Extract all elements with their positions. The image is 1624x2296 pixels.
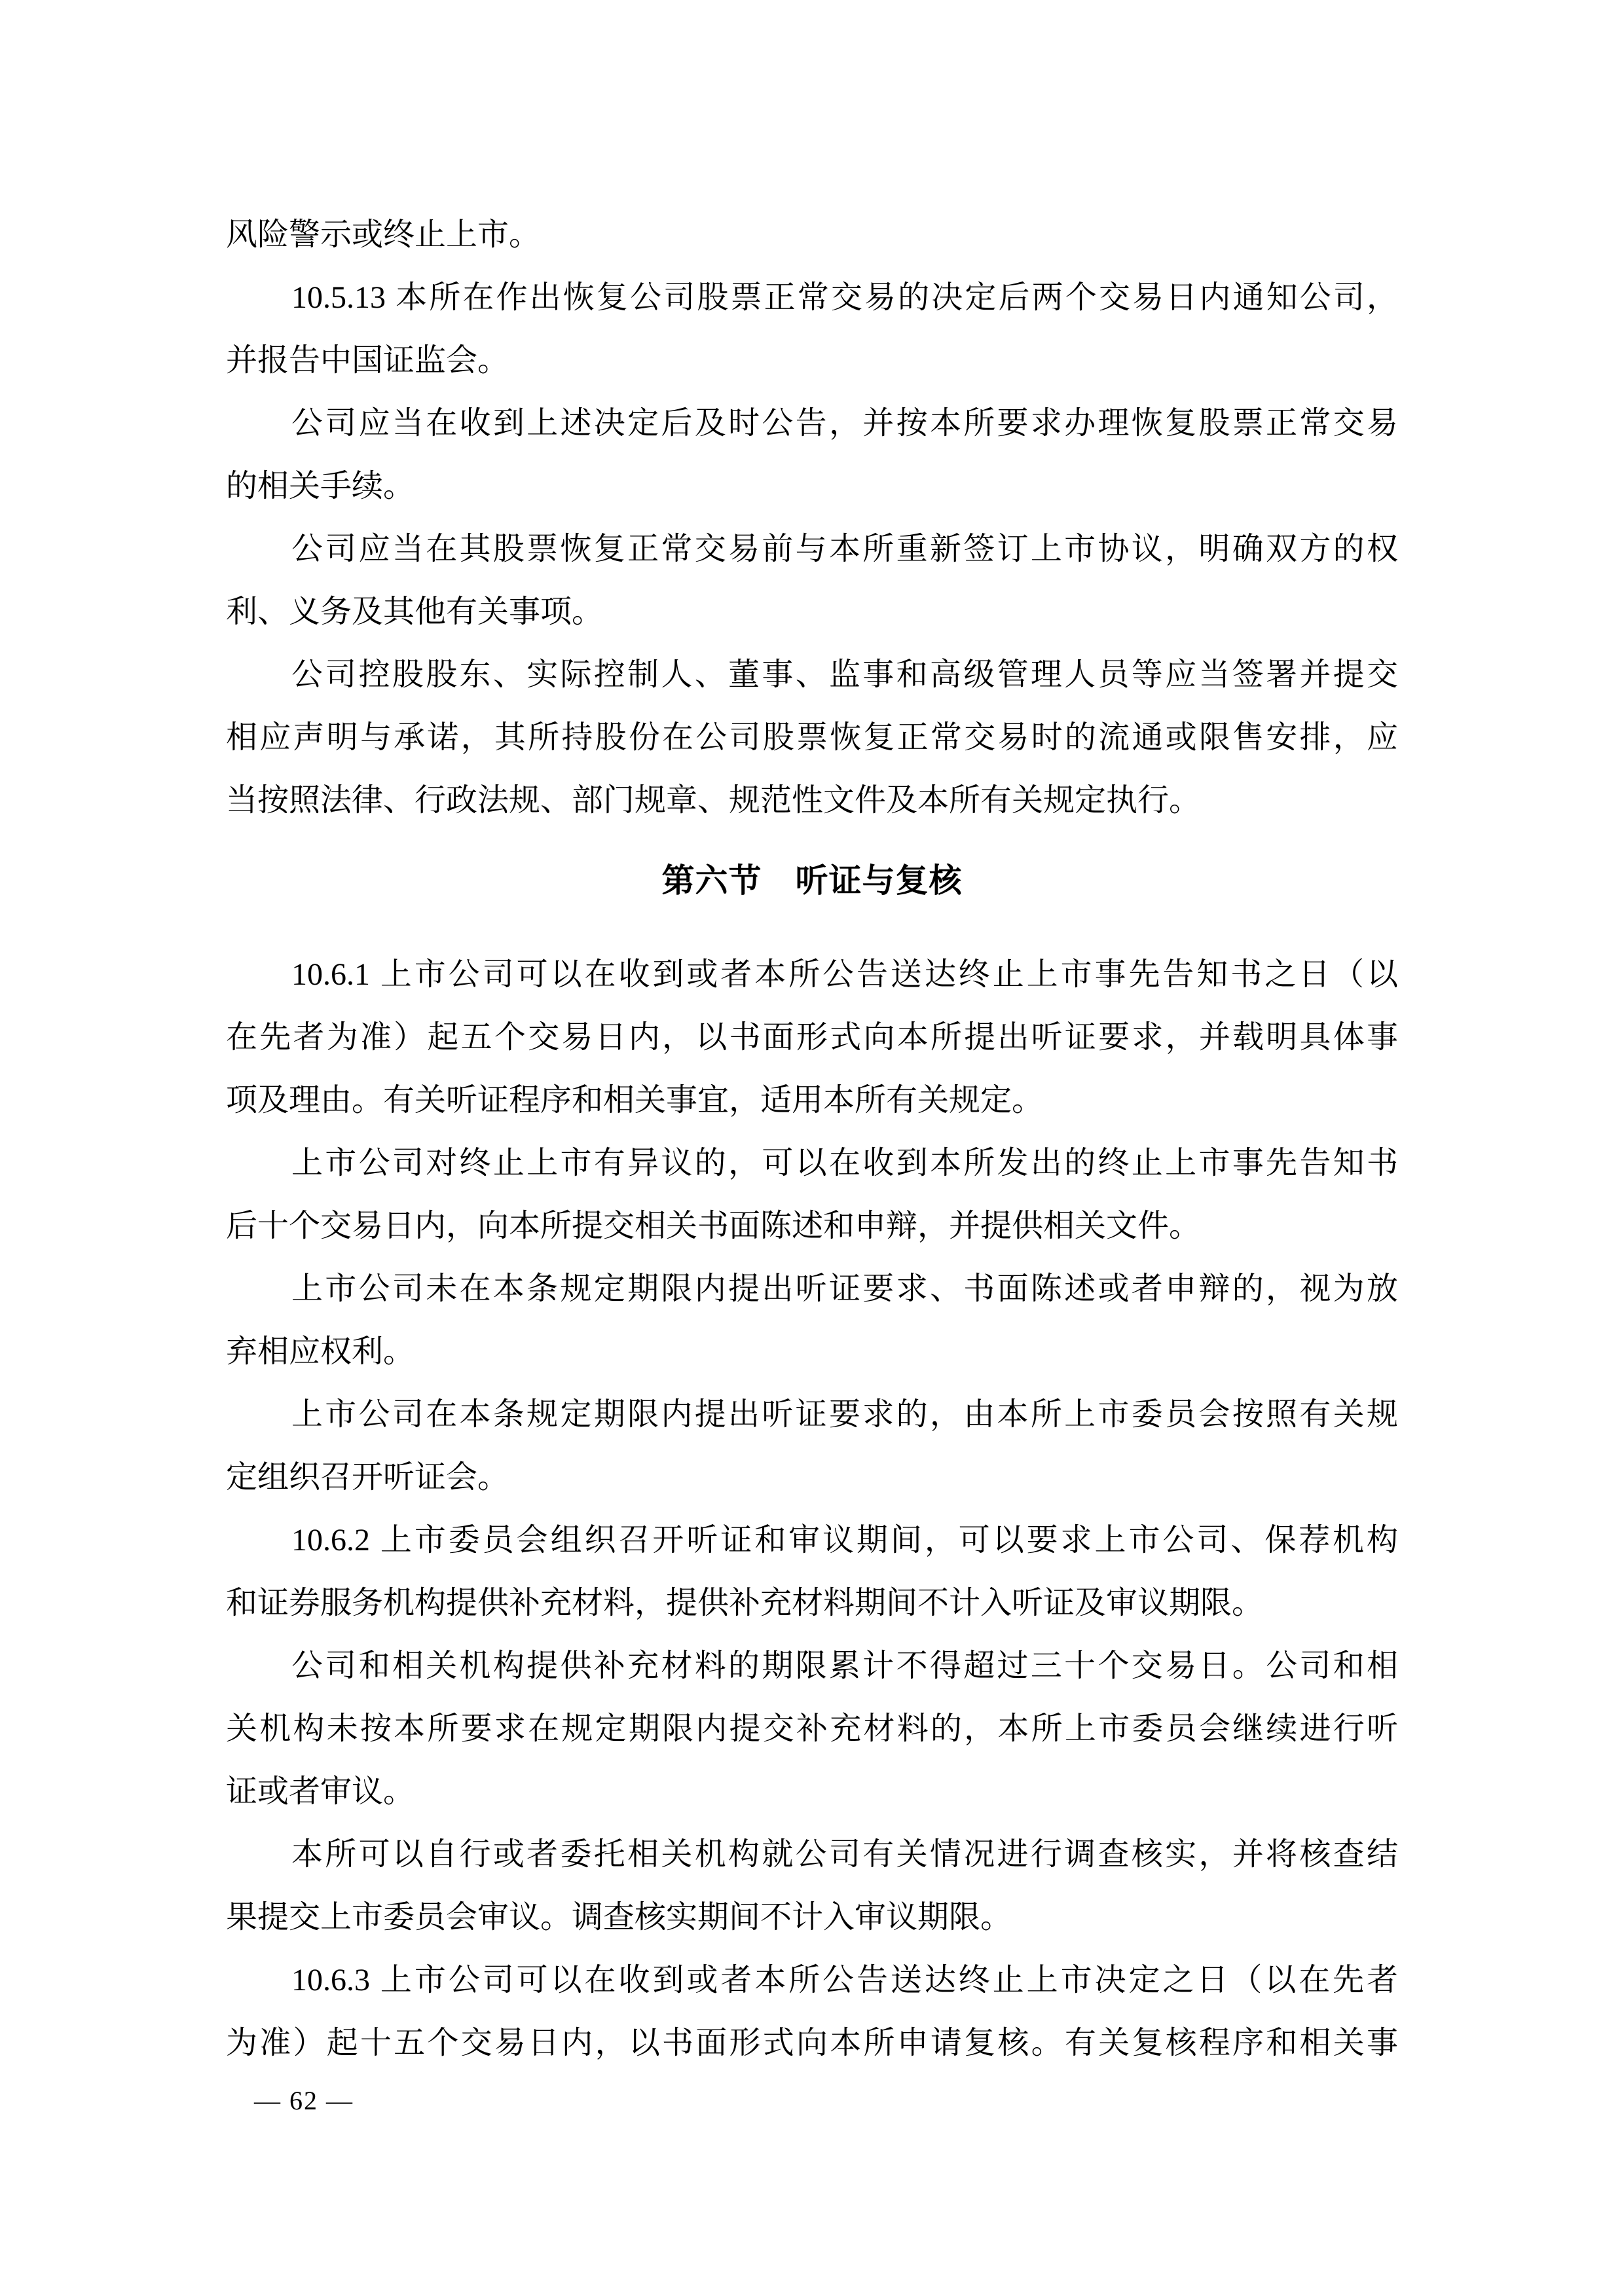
text-line: 后十个交易日内，向本所提交相关书面陈述和申辩，并提供相关文件。 [226, 1195, 1398, 1258]
text-line: 公司和相关机构提供补充材料的期限累计不得超过三十个交易日。公司和相 [226, 1635, 1398, 1698]
text-line: 和证券服务机构提供补充材料，提供补充材料期间不计入听证及审议期限。 [226, 1572, 1398, 1635]
text-line: 10.6.3 上市公司可以在收到或者本所公告送达终止上市决定之日（以在先者 [226, 1949, 1398, 2012]
text-line: 的相关手续。 [226, 455, 1398, 518]
text-line: 相应声明与承诺，其所持股份在公司股票恢复正常交易时的流通或限售安排，应 [226, 706, 1398, 769]
text-line: 上市公司未在本条规定期限内提出听证要求、书面陈述或者申辩的，视为放 [226, 1258, 1398, 1321]
text-line: 10.6.2 上市委员会组织召开听证和审议期间，可以要求上市公司、保荐机构 [226, 1509, 1398, 1572]
section-10-6-text: 10.6.1 上市公司可以在收到或者本所公告送达终止上市事先告知书之日（以在先者… [226, 943, 1398, 2075]
section-10-5-text: 风险警示或终止上市。10.5.13 本所在作出恢复公司股票正常交易的决定后两个交… [226, 204, 1398, 832]
text-line: 当按照法律、行政法规、部门规章、规范性文件及本所有关规定执行。 [226, 769, 1398, 832]
section-heading: 第六节 听证与复核 [226, 849, 1398, 912]
text-line: 为准）起十五个交易日内，以书面形式向本所申请复核。有关复核程序和相关事 [226, 2012, 1398, 2075]
text-line: 在先者为准）起五个交易日内，以书面形式向本所提出听证要求，并载明具体事 [226, 1006, 1398, 1069]
text-line: 上市公司在本条规定期限内提出听证要求的，由本所上市委员会按照有关规 [226, 1383, 1398, 1446]
text-line: 10.5.13 本所在作出恢复公司股票正常交易的决定后两个交易日内通知公司， [226, 266, 1398, 329]
text-line: 上市公司对终止上市有异议的，可以在收到本所发出的终止上市事先告知书 [226, 1132, 1398, 1195]
text-line: 10.6.1 上市公司可以在收到或者本所公告送达终止上市事先告知书之日（以 [226, 943, 1398, 1006]
text-line: 公司应当在收到上述决定后及时公告，并按本所要求办理恢复股票正常交易 [226, 392, 1398, 455]
text-line: 本所可以自行或者委托相关机构就公司有关情况进行调查核实，并将核查结 [226, 1823, 1398, 1886]
document-body: 风险警示或终止上市。10.5.13 本所在作出恢复公司股票正常交易的决定后两个交… [226, 204, 1398, 2075]
page-footer: — 62 — [254, 2085, 354, 2117]
text-line: 项及理由。有关听证程序和相关事宜，适用本所有关规定。 [226, 1069, 1398, 1132]
text-line: 证或者审议。 [226, 1760, 1398, 1823]
text-line: 定组织召开听证会。 [226, 1446, 1398, 1509]
text-line: 利、义务及其他有关事项。 [226, 581, 1398, 644]
text-line: 果提交上市委员会审议。调查核实期间不计入审议期限。 [226, 1886, 1398, 1949]
text-line: 公司应当在其股票恢复正常交易前与本所重新签订上市协议，明确双方的权 [226, 518, 1398, 581]
footer-page-label: — 62 — [254, 2086, 354, 2115]
text-line: 弃相应权利。 [226, 1321, 1398, 1383]
text-line: 关机构未按本所要求在规定期限内提交补充材料的，本所上市委员会继续进行听 [226, 1698, 1398, 1760]
text-line: 风险警示或终止上市。 [226, 204, 1398, 266]
text-line: 并报告中国证监会。 [226, 329, 1398, 392]
text-line: 公司控股股东、实际控制人、董事、监事和高级管理人员等应当签署并提交 [226, 644, 1398, 706]
document-page: 风险警示或终止上市。10.5.13 本所在作出恢复公司股票正常交易的决定后两个交… [0, 0, 1624, 2296]
